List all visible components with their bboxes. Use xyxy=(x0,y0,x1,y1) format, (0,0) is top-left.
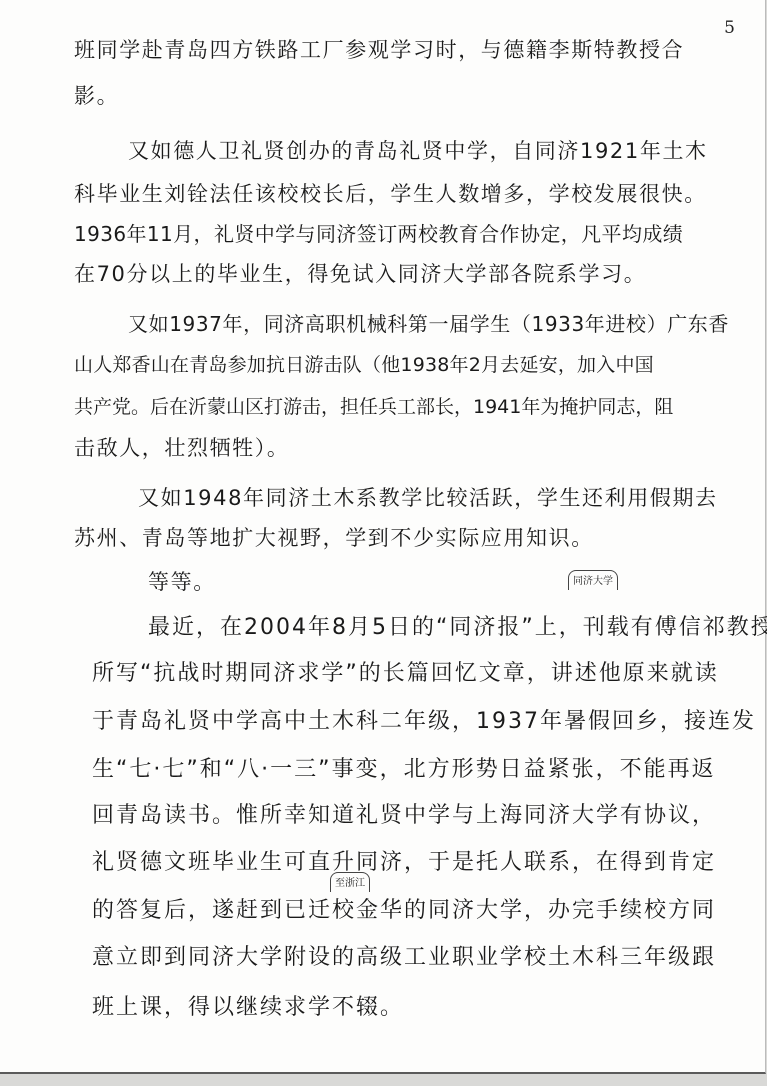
text-line: 礼贤德文班毕业生可直升同济，于是托人联系，在得到肯定 xyxy=(92,845,716,876)
text-line: 又如1937年，同济高职机械科第一届学生（1933年进校）广东香 xyxy=(128,308,729,337)
scanned-page: 5 班同学赴青岛四方铁路工厂参观学习时，与德籍李斯特教授合 影。 又如德人卫礼贤… xyxy=(0,0,766,1074)
insertion-annotation: 同济大学 xyxy=(568,570,618,590)
text-line: 1936年11月，礼贤中学与同济签订两校教育合作协定，凡平均成绩 xyxy=(74,218,683,247)
text-line: 在70分以上的毕业生，得免试入同济大学部各院系学习。 xyxy=(74,258,646,288)
text-line: 又如德人卫礼贤创办的青岛礼贤中学，自同济1921年土木 xyxy=(128,135,708,165)
text-line: 苏州、青岛等地扩大视野，学到不少实际应用知识。 xyxy=(74,522,594,552)
text-line: 等等。 xyxy=(148,566,216,596)
text-line: 意立即到同济大学附设的高级工业职业学校土木科三年级跟 xyxy=(92,940,716,971)
text-line: 所写“抗战时期同济求学”的长篇回忆文章，讲述他原来就读 xyxy=(92,656,719,687)
text-line: 于青岛礼贤中学高中土木科二年级，1937年暑假回乡，接连发 xyxy=(92,704,756,735)
insertion-annotation: 至浙江 xyxy=(330,872,370,892)
text-line: 的答复后，遂赶到已迁校金华的同济大学，办完手续校方同 xyxy=(92,893,716,924)
text-line: 影。 xyxy=(74,80,119,110)
text-line: 共产党。后在沂蒙山区打游击，担任兵工部长，1941年为掩护同志，阻 xyxy=(74,392,673,419)
text-line: 回青岛读书。惟所幸知道礼贤中学与上海同济大学有协议， xyxy=(92,798,716,829)
text-line: 科毕业生刘铨法任该校校长后，学生人数增多，学校发展很快。 xyxy=(74,178,707,208)
text-line: 击敌人，壮烈牺牲）。 xyxy=(74,432,290,462)
text-line: 又如1948年同济土木系教学比较活跃，学生还利用假期去 xyxy=(138,482,718,512)
text-line: 山人郑香山在青岛参加抗日游击队（他1938年2月去延安，加入中国 xyxy=(74,350,654,377)
text-line: 生“七·七”和“八·一三”事变，北方形势日益紧张，不能再返 xyxy=(92,752,716,783)
text-line: 最近，在2004年8月5日的“同济报”上，刊载有傅信祁教授 xyxy=(148,610,767,641)
page-number: 5 xyxy=(724,18,735,38)
text-line: 班上课，得以继续求学不辍。 xyxy=(92,990,404,1021)
text-line: 班同学赴青岛四方铁路工厂参观学习时，与德籍李斯特教授合 xyxy=(74,34,724,64)
